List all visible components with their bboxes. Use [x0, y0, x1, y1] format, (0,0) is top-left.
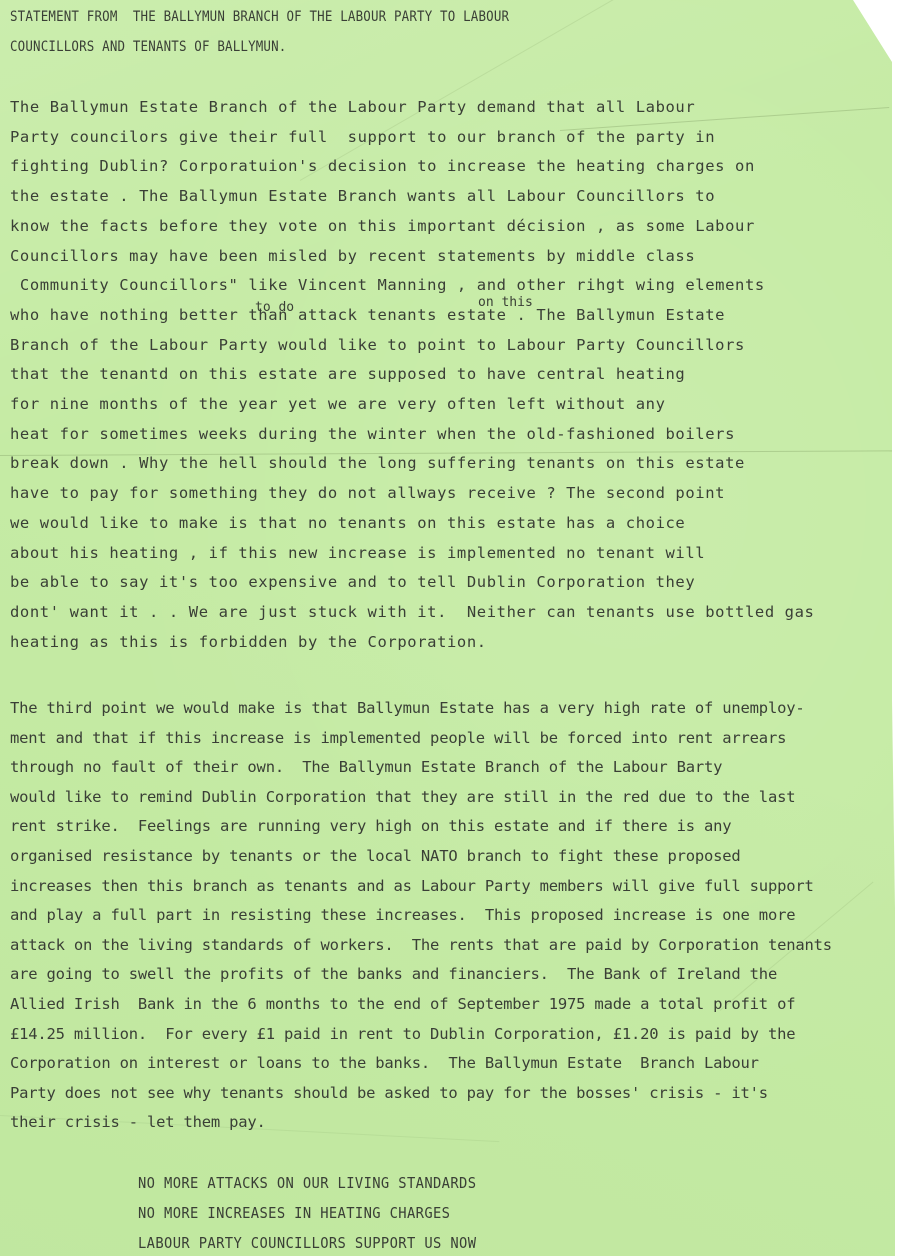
- text-line: be able to say it's too expensive and to…: [10, 575, 695, 591]
- slogan-line: NO MORE ATTACKS ON OUR LIVING STANDARDS: [138, 1176, 476, 1191]
- text-line: The third point we would make is that Ba…: [10, 701, 804, 717]
- text-line: The Ballymun Estate Branch of the Labour…: [10, 100, 695, 116]
- text-line: organised resistance by tenants or the l…: [10, 849, 741, 865]
- text-line: would like to remind Dublin Corporation …: [10, 790, 795, 806]
- text-line: are going to swell the profits of the ba…: [10, 967, 777, 983]
- text-line: Corporation on interest or loans to the …: [10, 1056, 759, 1072]
- text-line: Allied Irish Bank in the 6 months to the…: [10, 997, 795, 1013]
- text-line: attack on the living standards of worker…: [10, 938, 832, 954]
- text-line: that the tenantd on this estate are supp…: [10, 367, 685, 383]
- text-line: Branch of the Labour Party would like to…: [10, 338, 745, 354]
- slogan-line: NO MORE INCREASES IN HEATING CHARGES: [138, 1206, 450, 1221]
- text-line: through no fault of their own. The Bally…: [10, 760, 722, 776]
- text-line: we would like to make is that no tenants…: [10, 516, 685, 532]
- text-line: fighting Dublin? Corporatuion's decision…: [10, 159, 755, 175]
- text-line: Councillors may have been misled by rece…: [10, 249, 695, 265]
- insertion-on-this: on this: [478, 296, 533, 309]
- text-line: and play a full part in resisting these …: [10, 908, 795, 924]
- text-line: Community Councillors" like Vincent Mann…: [10, 278, 765, 294]
- insertion-to-do: to do: [255, 301, 294, 314]
- paper-crease: [300, 0, 751, 181]
- text-line: ment and that if this increase is implem…: [10, 731, 786, 747]
- text-line: rent strike. Feelings are running very h…: [10, 819, 731, 835]
- text-line: heat for sometimes weeks during the wint…: [10, 427, 735, 443]
- text-line: dont' want it . . We are just stuck with…: [10, 605, 814, 621]
- text-line: increases then this branch as tenants an…: [10, 879, 814, 895]
- text-line: the estate . The Ballymun Estate Branch …: [10, 189, 715, 205]
- text-line: Party councilors give their full support…: [10, 130, 715, 146]
- heading-line: STATEMENT FROM THE BALLYMUN BRANCH OF TH…: [10, 10, 509, 25]
- text-line: heating as this is forbidden by the Corp…: [10, 635, 487, 651]
- text-line: who have nothing better than attack tena…: [10, 308, 725, 324]
- text-line: for nine months of the year yet we are v…: [10, 397, 666, 413]
- slogan-line: LABOUR PARTY COUNCILLORS SUPPORT US NOW: [138, 1236, 476, 1251]
- text-line: know the facts before they vote on this …: [10, 219, 755, 235]
- text-line: break down . Why the hell should the lon…: [10, 456, 745, 472]
- text-line: have to pay for something they do not al…: [10, 486, 725, 502]
- text-line: £14.25 million. For every £1 paid in ren…: [10, 1027, 795, 1043]
- heading-line: COUNCILLORS AND TENANTS OF BALLYMUN.: [10, 40, 286, 55]
- text-line: Party does not see why tenants should be…: [10, 1086, 768, 1102]
- text-line: their crisis - let them pay.: [10, 1115, 266, 1131]
- text-line: about his heating , if this new increase…: [10, 546, 705, 562]
